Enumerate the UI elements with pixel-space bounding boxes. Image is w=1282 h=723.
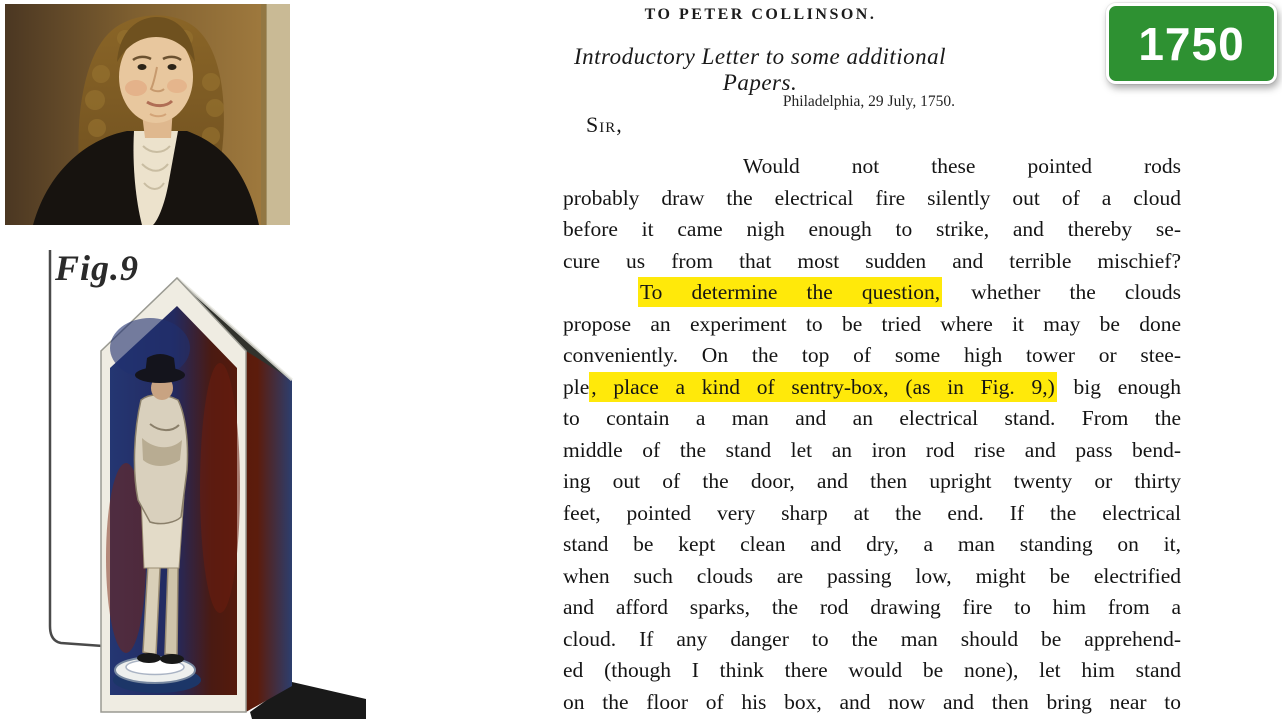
year-badge: 1750 [1106, 3, 1277, 84]
letter-text: ing out of the door, and then upright tw… [563, 469, 1181, 493]
letter-text: ed (though I think there would be none),… [563, 658, 1181, 682]
letter-line: before it came nigh enough to strike, an… [563, 214, 1181, 246]
letter-dateline: Philadelphia, 29 July, 1750. [563, 93, 955, 111]
letter-text: before it came nigh enough to strike, an… [563, 217, 1181, 241]
franklin-portrait-image [5, 4, 290, 225]
letter-line: probably draw the electrical fire silent… [563, 183, 1181, 215]
letter-line: ed (though I think there would be none),… [563, 655, 1181, 687]
letter-salutation: Sir, [586, 112, 623, 138]
letter-line: cure us from that most sudden and terrib… [563, 246, 1181, 278]
letter-line: when such clouds are passing low, might … [563, 561, 1181, 593]
letter-text: cloud. If any danger to the man should b… [563, 627, 1181, 651]
letter-line: to contain a man and an electrical stand… [563, 403, 1181, 435]
letter-text: whether the clouds [942, 280, 1181, 304]
letter-line: propose an experiment to be tried where … [563, 309, 1181, 341]
letter-text: cure us from that most sudden and terrib… [563, 249, 1181, 273]
letter-body: Would not these pointed rodsprobably dra… [563, 151, 1181, 718]
letter-text: to contain a man and an electrical stand… [563, 406, 1181, 430]
letter-line: ing out of the door, and then upright tw… [563, 466, 1181, 498]
letter-heading: TO PETER COLLINSON. [563, 6, 958, 24]
letter-text: propose an experiment to be tried where … [563, 312, 1181, 336]
highlighted-text: To determine the question, [638, 277, 942, 307]
slide: Fig.9 TO PETER [0, 0, 1282, 723]
letter-line: and afford sparks, the rod drawing fire … [563, 592, 1181, 624]
letter-line: ple, place a kind of sentry-box, (as in … [563, 372, 1181, 404]
letter-text: Would not these pointed rods [743, 154, 1181, 178]
letter-text: on the floor of his box, and now and the… [563, 690, 1181, 714]
iron-rod-line [50, 250, 103, 646]
letter-line: middle of the stand let an iron rod rise… [563, 435, 1181, 467]
letter-text: stand be kept clean and dry, a man stand… [563, 532, 1181, 556]
letter-line: conveniently. On the top of some high to… [563, 340, 1181, 372]
letter-text: ple [563, 375, 589, 399]
letter-text: big enough [1057, 375, 1181, 399]
letter-text: probably draw the electrical fire silent… [563, 186, 1181, 210]
figure-label: Fig.9 [54, 248, 139, 288]
letter-line: stand be kept clean and dry, a man stand… [563, 529, 1181, 561]
letter-line: To determine the question, whether the c… [563, 277, 1181, 309]
letter-text: and afford sparks, the rod drawing fire … [563, 595, 1181, 619]
letter-line: cloud. If any danger to the man should b… [563, 624, 1181, 656]
letter-text: conveniently. On the top of some high to… [563, 343, 1181, 367]
highlighted-text: , place a kind of sentry-box, (as in Fig… [589, 372, 1056, 402]
letter-text: feet, pointed very sharp at the end. If … [563, 501, 1181, 525]
sentry-box-figure-image: Fig.9 [0, 228, 368, 723]
letter-line: on the floor of his box, and now and the… [563, 687, 1181, 719]
letter-text: middle of the stand let an iron rod rise… [563, 438, 1181, 462]
year-badge-label: 1750 [1138, 17, 1244, 71]
letter-line: feet, pointed very sharp at the end. If … [563, 498, 1181, 530]
letter-line: Would not these pointed rods [563, 151, 1181, 183]
letter-subtitle: Introductory Letter to some additional P… [555, 44, 965, 96]
letter-text: when such clouds are passing low, might … [563, 564, 1181, 588]
